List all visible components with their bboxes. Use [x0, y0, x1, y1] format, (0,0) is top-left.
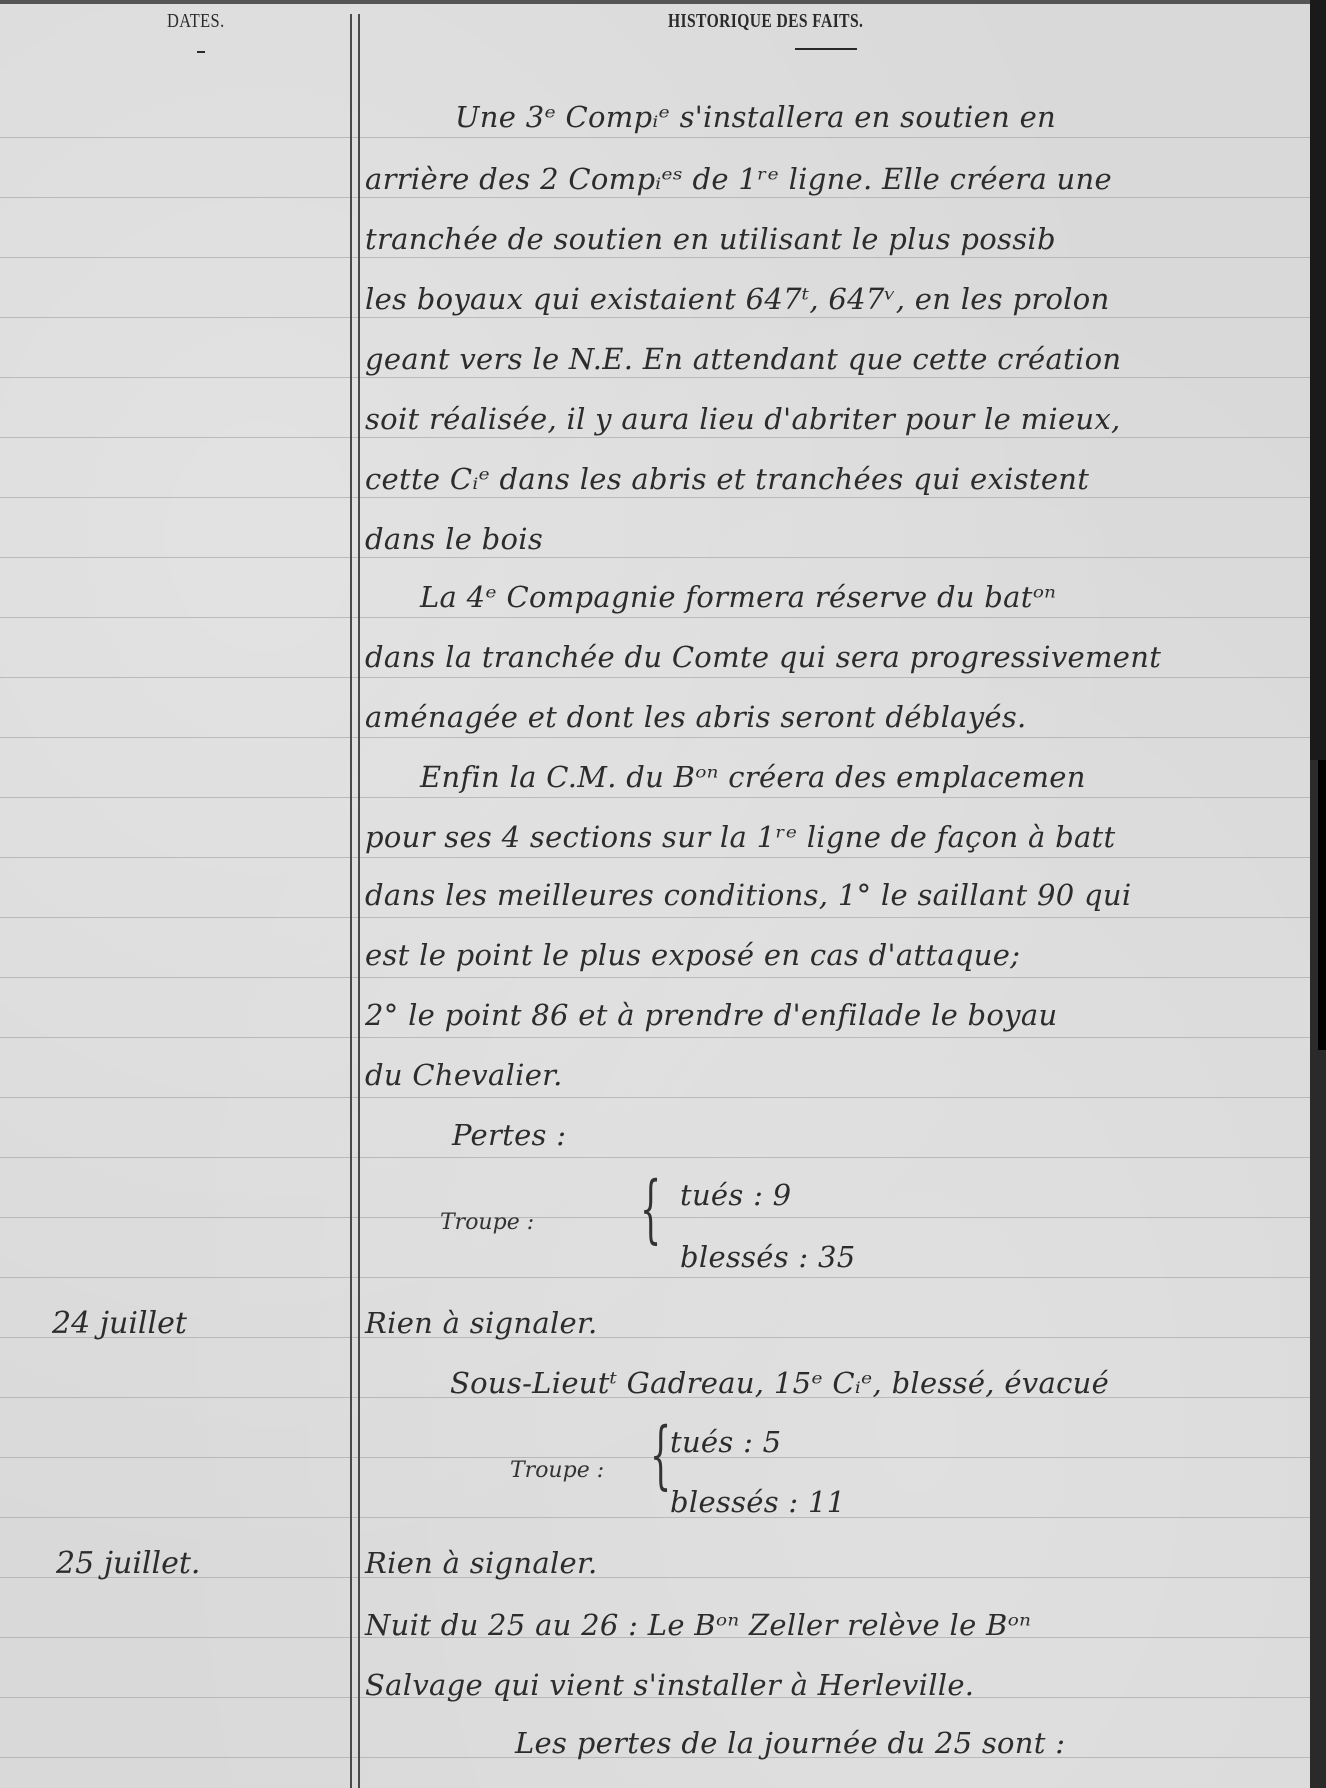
- ruled-line: [0, 857, 1310, 858]
- ruled-line: [0, 677, 1310, 678]
- troupe-label: Troupe :: [510, 1458, 604, 1483]
- column-divider-right: [358, 14, 360, 1788]
- ruled-line: [0, 1277, 1310, 1278]
- entry-line: Une 3ᵉ Compᵢᵉ s'installera en soutien en: [455, 100, 1056, 134]
- entry-date: 24 juillet: [52, 1306, 187, 1341]
- entry-line: dans la tranchée du Comte qui sera progr…: [365, 640, 1161, 674]
- ruled-line: [0, 917, 1310, 918]
- scan-right-edge: [1310, 1050, 1326, 1788]
- troupe-label: Troupe :: [440, 1210, 534, 1235]
- entry-line: Sous-Lieutᵗ Gadreau, 15ᵉ Cᵢᵉ, blessé, év…: [450, 1366, 1109, 1400]
- dates-column-header: DATES.: [167, 10, 225, 33]
- ruled-line: [0, 1037, 1310, 1038]
- brace: {: [650, 1418, 671, 1492]
- history-column-header: HISTORIQUE DES FAITS.: [668, 10, 863, 33]
- ruled-line: [0, 977, 1310, 978]
- entry-line: les boyaux qui existaient 647ᵗ, 647ᵛ, en…: [365, 282, 1110, 316]
- scan-right-edge: [1318, 760, 1326, 1050]
- killed-count: tués : 9: [680, 1178, 791, 1212]
- ruled-line: [0, 1337, 1310, 1338]
- brace: {: [640, 1172, 661, 1246]
- entry-line: 2° le point 86 et à prendre d'enfilade l…: [365, 998, 1057, 1032]
- ruled-line: [0, 1517, 1310, 1518]
- ruled-line: [0, 317, 1310, 318]
- entry-line: pour ses 4 sections sur la 1ʳᵉ ligne de …: [365, 820, 1115, 854]
- entry-line: est le point le plus exposé en cas d'att…: [365, 938, 1020, 972]
- dates-header-dash: [197, 51, 205, 53]
- ruled-line: [0, 617, 1310, 618]
- ruled-line: [0, 797, 1310, 798]
- ruled-line: [0, 497, 1310, 498]
- entry-line: La 4ᵉ Compagnie formera réserve du batᵒⁿ: [420, 580, 1056, 614]
- entry-line: dans le bois: [365, 522, 543, 556]
- losses-title: Pertes :: [452, 1118, 566, 1152]
- scan-right-edge: [1310, 0, 1326, 760]
- ruled-line: [0, 737, 1310, 738]
- entry-line: Salvage qui vient s'installer à Herlevil…: [365, 1668, 974, 1702]
- entry-line: du Chevalier.: [365, 1058, 563, 1092]
- entry-line: Enfin la C.M. du Bᵒⁿ créera des emplacem…: [420, 760, 1086, 794]
- ruled-line: [0, 557, 1310, 558]
- entry-line: geant vers le N.E. En attendant que cett…: [365, 342, 1121, 376]
- entry-line: arrière des 2 Compᵢᵉˢ de 1ʳᵉ ligne. Elle…: [365, 162, 1112, 196]
- entry-line: soit réalisée, il y aura lieu d'abriter …: [365, 402, 1121, 436]
- ruled-line: [0, 197, 1310, 198]
- ruled-line: [0, 1097, 1310, 1098]
- entry-line: dans les meilleures conditions, 1° le sa…: [365, 878, 1131, 912]
- entry-line: aménagée et dont les abris seront déblay…: [365, 700, 1027, 734]
- column-divider-left: [350, 14, 352, 1788]
- ruled-line: [0, 437, 1310, 438]
- entry-line: Les pertes de la journée du 25 sont :: [515, 1726, 1065, 1760]
- ledger-page: DATES. HISTORIQUE DES FAITS. Une 3ᵉ Comp…: [0, 0, 1310, 1788]
- ruled-line: [0, 137, 1310, 138]
- entry-line: Rien à signaler.: [365, 1306, 598, 1340]
- entry-date: 25 juillet.: [56, 1546, 200, 1581]
- scan-top-edge: [0, 0, 1326, 4]
- wounded-count: blessés : 11: [670, 1485, 846, 1519]
- history-header-underline: [795, 48, 857, 50]
- ruled-line: [0, 377, 1310, 378]
- entry-line: Nuit du 25 au 26 : Le Bᵒⁿ Zeller relève …: [365, 1608, 1031, 1642]
- wounded-count: blessés : 35: [680, 1240, 856, 1274]
- entry-line: tranchée de soutien en utilisant le plus…: [365, 222, 1056, 256]
- ruled-line: [0, 257, 1310, 258]
- ruled-line: [0, 1157, 1310, 1158]
- entry-line: cette Cᵢᵉ dans les abris et tranchées qu…: [365, 462, 1089, 496]
- entry-line: Rien à signaler.: [365, 1546, 598, 1580]
- killed-count: tués : 5: [670, 1425, 781, 1459]
